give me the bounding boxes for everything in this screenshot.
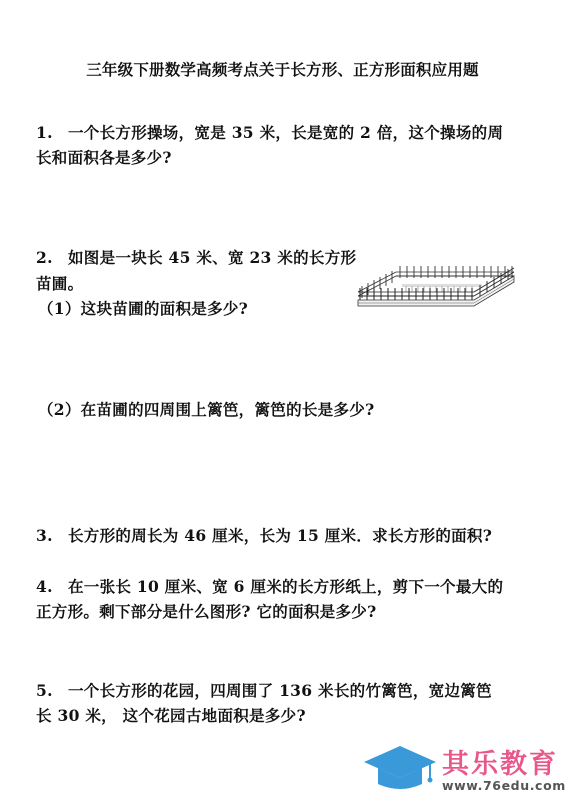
page-title: 三年级下册数学高频考点关于长方形、正方形面积应用题 — [0, 58, 565, 80]
watermark-url: www.76edu.com — [442, 778, 565, 793]
question-4-line-2: 正方形。剩下部分是什么图形? 它的面积是多少? — [36, 600, 376, 622]
question-number: 2. — [36, 248, 68, 267]
question-text: 长方形的周长为 46 厘米，长为 15 厘米．求长方形的面积? — [68, 526, 492, 545]
question-number: 1. — [36, 123, 68, 142]
question-number: 5. — [36, 681, 68, 700]
question-text: 正方形。剩下部分是什么图形? 它的面积是多少? — [36, 602, 376, 621]
watermark-logo: 其乐教育 www.76edu.com — [362, 742, 562, 798]
question-text: 长 30 米， 这个花园古地面积是多少? — [36, 706, 306, 725]
question-text: 一个长方形的花园，四周围了 136 米长的竹篱笆，宽边篱笆 — [68, 681, 492, 700]
question-text: 一个长方形操场，宽是 35 米，长是宽的 2 倍，这个操场的周 — [68, 123, 503, 142]
question-3-line-1: 3.长方形的周长为 46 厘米，长为 15 厘米．求长方形的面积? — [36, 524, 492, 546]
question-text: 苗圃。 — [36, 274, 83, 293]
graduation-cap-icon — [362, 744, 442, 794]
question-text: 长和面积各是多少? — [36, 148, 172, 167]
question-2-line-2: 苗圃。 — [36, 272, 83, 294]
question-2-sub-1: （1）这块苗圃的面积是多少? — [38, 297, 248, 319]
question-1-line-2: 长和面积各是多少? — [36, 146, 172, 168]
watermark-brand-name: 其乐教育 — [442, 742, 558, 781]
question-number: 4. — [36, 577, 68, 596]
fenced-nursery-illustration — [356, 262, 516, 312]
question-4-line-1: 4.在一张长 10 厘米、宽 6 厘米的长方形纸上，剪下一个最大的 — [36, 575, 503, 597]
question-5-line-2: 长 30 米， 这个花园古地面积是多少? — [36, 704, 306, 726]
question-1-line-1: 1.一个长方形操场，宽是 35 米，长是宽的 2 倍，这个操场的周 — [36, 121, 503, 143]
question-2-line-1: 2.如图是一块长 45 米、宽 23 米的长方形 — [36, 246, 356, 268]
question-text: 如图是一块长 45 米、宽 23 米的长方形 — [68, 248, 356, 267]
question-text: 在一张长 10 厘米、宽 6 厘米的长方形纸上，剪下一个最大的 — [68, 577, 503, 596]
question-5-line-1: 5.一个长方形的花园，四周围了 136 米长的竹篱笆，宽边篱笆 — [36, 679, 492, 701]
question-2-sub-2: （2）在苗圃的四周围上篱笆，篱笆的长是多少? — [38, 398, 374, 420]
question-number: 3. — [36, 526, 68, 545]
